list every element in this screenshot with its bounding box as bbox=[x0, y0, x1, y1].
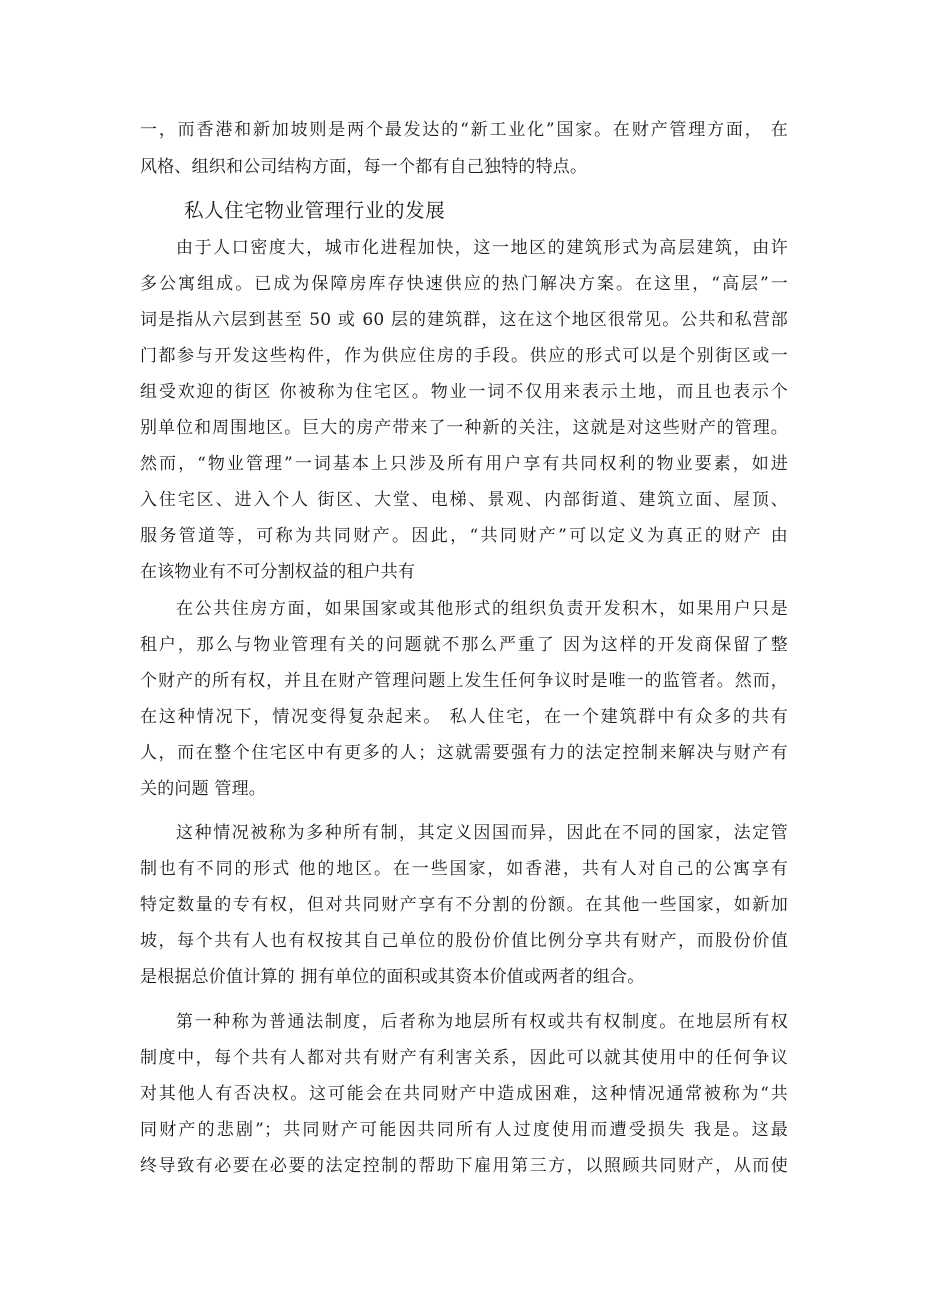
paragraph-1-line: 别单位和周围地区。巨大的房产带来了一种新的关注，这就是对这些财产的管理。 bbox=[140, 416, 788, 440]
paragraph-1-line: 多公寓组成。已成为保障房库存快速供应的热门解决方案。在这里，“高层”一 bbox=[140, 272, 788, 296]
section-heading: 私人住宅物业管理行业的发展 bbox=[184, 198, 445, 224]
paragraph-1-line: 组受欢迎的街区 你被称为住宅区。物业一词不仅用来表示土地，而且也表示个 bbox=[140, 380, 788, 404]
paragraph-3-line: 特定数量的专有权，但对共同财产享有不分割的份额。在其他一些国家，如新加 bbox=[140, 893, 788, 917]
paragraph-1-line: 入住宅区、进入个人 街区、大堂、电梯、景观、内部街道、建筑立面、屋顶、 bbox=[140, 488, 788, 512]
paragraph-4-line: 第一种称为普通法制度，后者称为地层所有权或共有权制度。在地层所有权 bbox=[176, 1010, 788, 1034]
paragraph-1-line: 服务管道等，可称为共同财产。因此，“共同财产”可以定义为真正的财产 由 bbox=[140, 524, 788, 548]
paragraph-3-line: 坡，每个共有人也有权按其自己单位的股份价值比例分享共有财产，而股份价值 bbox=[140, 929, 788, 953]
paragraph-1-line: 词是指从六层到甚至 50 或 60 层的建筑群，这在这个地区很常见。公共和私营部 bbox=[140, 308, 788, 332]
paragraph-2-line: 个财产的所有权，并且在财产管理问题上发生任何争议时是唯一的监管者。然而， bbox=[140, 669, 788, 693]
paragraph-4-line: 对其他人有否决权。这可能会在共同财产中造成困难，这种情况通常被称为“共 bbox=[140, 1082, 788, 1106]
paragraph-1-line: 门都参与开发这些构件，作为供应住房的手段。供应的形式可以是个别街区或一 bbox=[140, 344, 788, 368]
document-page: 一，而香港和新加坡则是两个最发达的“新工业化”国家。在财产管理方面， 在 风格、… bbox=[0, 0, 926, 1309]
paragraph-2-line: 人，而在整个住宅区中有更多的人；这就需要强有力的法定控制来解决与财产有 bbox=[140, 741, 788, 765]
intro-line: 一，而香港和新加坡则是两个最发达的“新工业化”国家。在财产管理方面， 在 bbox=[140, 118, 788, 142]
paragraph-4-line: 同财产的悲剧”；共同财产可能因共同所有人过度使用而遭受损失 我是。这最 bbox=[140, 1118, 788, 1142]
paragraph-2-line: 在这种情况下，情况变得复杂起来。 私人住宅，在一个建筑群中有众多的共有 bbox=[140, 705, 788, 729]
paragraph-3-line: 这种情况被称为多种所有制，其定义因国而异，因此在不同的国家，法定管 bbox=[176, 821, 788, 845]
paragraph-4-line: 制度中，每个共有人都对共有财产有利害关系，因此可以就其使用中的任何争议 bbox=[140, 1046, 788, 1070]
paragraph-2-line: 租户，那么与物业管理有关的问题就不那么严重了 因为这样的开发商保留了整 bbox=[140, 633, 788, 657]
paragraph-2-line: 关的问题 管理。 bbox=[140, 777, 788, 801]
paragraph-2-line: 在公共住房方面，如果国家或其他形式的组织负责开发积木，如果用户只是 bbox=[176, 597, 788, 621]
paragraph-3-line: 制也有不同的形式 他的地区。在一些国家，如香港，共有人对自己的公寓享有 bbox=[140, 857, 788, 881]
paragraph-1-line: 然而，“物业管理”一词基本上只涉及所有用户享有共同权利的物业要素，如进 bbox=[140, 452, 788, 476]
intro-line: 风格、组织和公司结构方面，每一个都有自己独特的特点。 bbox=[140, 155, 788, 179]
paragraph-1-line: 由于人口密度大，城市化进程加快，这一地区的建筑形式为高层建筑，由许 bbox=[176, 236, 788, 260]
paragraph-3-line: 是根据总价值计算的 拥有单位的面积或其资本价值或两者的组合。 bbox=[140, 965, 788, 989]
paragraph-4-line: 终导致有必要在必要的法定控制的帮助下雇用第三方，以照顾共同财产，从而使 bbox=[140, 1154, 788, 1178]
paragraph-1-line: 在该物业有不可分割权益的租户共有 bbox=[140, 560, 788, 584]
